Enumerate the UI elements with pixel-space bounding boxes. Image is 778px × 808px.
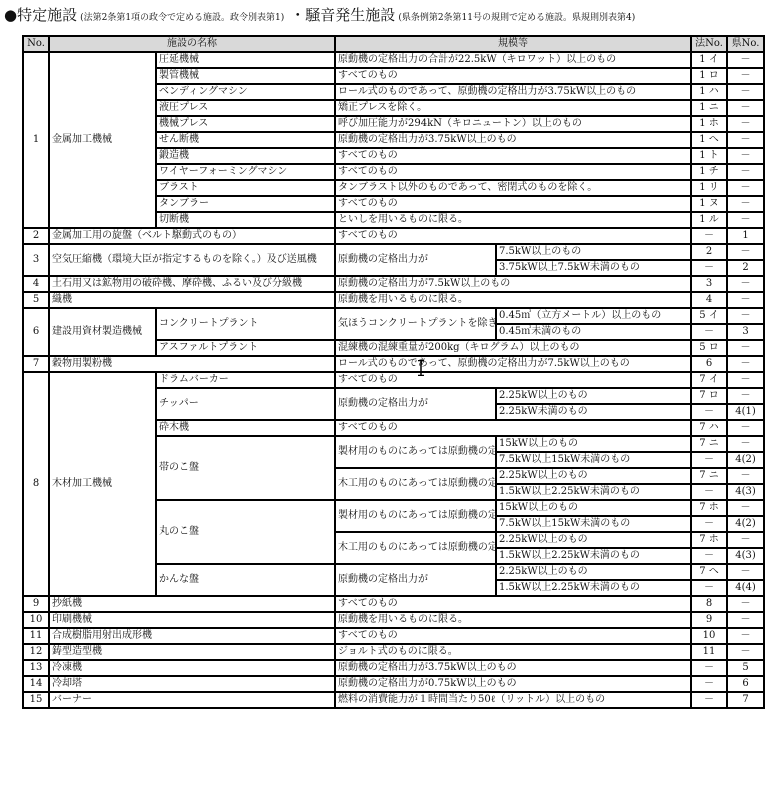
law-number: 1 へ	[691, 132, 727, 148]
facility-spec: 矯正プレスを除く。	[335, 100, 691, 116]
facility-name: 液圧プレス	[156, 100, 335, 116]
pref-number: －	[727, 84, 764, 100]
pref-number: 5	[727, 660, 764, 676]
law-number: －	[691, 324, 727, 340]
facility-sub-spec: 1.5kW以上2.25kW未満のもの	[496, 484, 691, 500]
pref-number: －	[727, 164, 764, 180]
row-number: 1	[23, 52, 49, 228]
facility-name: コンクリートプラント	[156, 308, 335, 340]
facility-spec: 原動機の定格出力が3.75kW以上のもの	[335, 660, 691, 676]
law-number: 1 ヌ	[691, 196, 727, 212]
facility-spec: といしを用いるものに限る。	[335, 212, 691, 228]
facility-spec: すべてのもの	[335, 596, 691, 612]
pref-number: 7	[727, 692, 764, 708]
facility-name: ブラスト	[156, 180, 335, 196]
page-title: ●特定施設 (法第2条第1項の政令で定める施設。政令別表第1) ・騒音発生施設 …	[4, 4, 641, 26]
row-number: 6	[23, 308, 49, 356]
law-number: 7 へ	[691, 564, 727, 580]
law-number: 1 ル	[691, 212, 727, 228]
facility-spec: 原動機の定格出力が3.75kW以上のもの	[335, 132, 691, 148]
pref-number: －	[727, 628, 764, 644]
facility-sub-spec: 15kW以上のもの	[496, 500, 691, 516]
header-pref-no: 県No.	[727, 36, 764, 52]
pref-number: －	[727, 388, 764, 404]
law-number: 8	[691, 596, 727, 612]
law-number: －	[691, 452, 727, 468]
law-number: 11	[691, 644, 727, 660]
facility-sub-spec: 0.45㎥未満のもの	[496, 324, 691, 340]
facility-sub-spec: 7.5kW以上のもの	[496, 244, 691, 260]
facility-category: 建設用資材製造機械	[49, 308, 156, 356]
law-number: 1 イ	[691, 52, 727, 68]
law-number: －	[691, 228, 727, 244]
facility-sub-spec: 1.5kW以上2.25kW未満のもの	[496, 580, 691, 596]
facility-sub-spec: 1.5kW以上2.25kW未満のもの	[496, 548, 691, 564]
pref-number: －	[727, 596, 764, 612]
facility-spec: すべてのもの	[335, 148, 691, 164]
header-no: No.	[23, 36, 49, 52]
table-row: 3空気圧縮機（環境大臣が指定するものを除く。）及び送風機原動機の定格出力が7.5…	[23, 244, 764, 260]
facility-name: 印刷機械	[49, 612, 335, 628]
table-row: 11合成樹脂用射出成形機すべてのもの10－	[23, 628, 764, 644]
facility-spec: すべてのもの	[335, 164, 691, 180]
law-number: －	[691, 548, 727, 564]
law-number: 3	[691, 276, 727, 292]
row-number: 12	[23, 644, 49, 660]
pref-number: －	[727, 148, 764, 164]
table-row: 9抄紙機すべてのもの8－	[23, 596, 764, 612]
law-number: 7 ニ	[691, 468, 727, 484]
table-row: 4土石用又は鉱物用の破砕機、摩砕機、ふるい及び分級機原動機の定格出力が7.5kW…	[23, 276, 764, 292]
row-number: 13	[23, 660, 49, 676]
law-number: 1 ト	[691, 148, 727, 164]
law-number: 1 ハ	[691, 84, 727, 100]
law-number: 5 イ	[691, 308, 727, 324]
facility-name: 合成樹脂用射出成形機	[49, 628, 335, 644]
pref-number: －	[727, 212, 764, 228]
row-number: 2	[23, 228, 49, 244]
pref-number: 4(1)	[727, 404, 764, 420]
pref-number: －	[727, 132, 764, 148]
pref-number: －	[727, 532, 764, 548]
pref-number: －	[727, 292, 764, 308]
law-number: －	[691, 404, 727, 420]
pref-number: －	[727, 244, 764, 260]
facility-spec: 製材用のものにあっては原動機の定格出力が	[335, 436, 496, 468]
facility-name: 帯のこ盤	[156, 436, 335, 500]
facility-name: 鋳型造型機	[49, 644, 335, 660]
law-number: 6	[691, 356, 727, 372]
facility-spec: ロール式のものであって、原動機の定格出力が7.5kW以上のもの	[335, 356, 691, 372]
facility-name: ドラムバーカー	[156, 372, 335, 388]
facility-name: 機械プレス	[156, 116, 335, 132]
facility-spec: 原動機の定格出力が0.75kW以上のもの	[335, 676, 691, 692]
facility-name: 抄紙機	[49, 596, 335, 612]
pref-number: －	[727, 372, 764, 388]
law-number: 7 イ	[691, 372, 727, 388]
text-cursor-icon	[418, 360, 424, 376]
header-law-no: 法No.	[691, 36, 727, 52]
facility-name: かんな盤	[156, 564, 335, 596]
facility-name: せん断機	[156, 132, 335, 148]
pref-number: －	[727, 644, 764, 660]
law-number: 1 リ	[691, 180, 727, 196]
facility-spec: 原動機を用いるものに限る。	[335, 292, 691, 308]
law-number: 7 ホ	[691, 532, 727, 548]
row-number: 5	[23, 292, 49, 308]
facility-spec: ジョルト式のものに限る。	[335, 644, 691, 660]
pref-number: －	[727, 116, 764, 132]
facility-sub-spec: 0.45㎥（立方メートル）以上のもの	[496, 308, 691, 324]
pref-number: －	[727, 340, 764, 356]
facility-sub-spec: 2.25kW未満のもの	[496, 404, 691, 420]
law-number: －	[691, 676, 727, 692]
pref-number: －	[727, 52, 764, 68]
pref-number: 2	[727, 260, 764, 276]
facility-spec: 原動機の定格出力が	[335, 564, 496, 596]
facility-spec: すべてのもの	[335, 196, 691, 212]
row-number: 7	[23, 356, 49, 372]
facility-spec: 原動機の定格出力が	[335, 388, 496, 420]
pref-number: 6	[727, 676, 764, 692]
facility-spec: すべてのもの	[335, 68, 691, 84]
table-row: 13冷凍機原動機の定格出力が3.75kW以上のもの－5	[23, 660, 764, 676]
law-number: 7 ハ	[691, 420, 727, 436]
facility-name: 圧延機械	[156, 52, 335, 68]
table-row: 15バーナー燃料の消費能力が１時間当たり50ℓ（リットル）以上のもの－7	[23, 692, 764, 708]
law-number: －	[691, 484, 727, 500]
facility-name: タンブラー	[156, 196, 335, 212]
row-number: 9	[23, 596, 49, 612]
facility-name: 金属加工用の旋盤（ベルト駆動式のもの）	[49, 228, 335, 244]
facility-spec: 原動機の定格出力が	[335, 244, 496, 276]
law-number: －	[691, 580, 727, 596]
facility-sub-spec: 2.25kW以上のもの	[496, 388, 691, 404]
facility-name: 土石用又は鉱物用の破砕機、摩砕機、ふるい及び分級機	[49, 276, 335, 292]
pref-number: －	[727, 196, 764, 212]
facility-category: 木材加工機械	[49, 372, 156, 596]
facility-name: 丸のこ盤	[156, 500, 335, 564]
facility-name: ベンディングマシン	[156, 84, 335, 100]
table-header-row: No. 施設の名称 規模等 法No. 県No.	[23, 36, 764, 52]
facility-spec: 製材用のものにあっては原動機の定格出力が	[335, 500, 496, 532]
law-number: 9	[691, 612, 727, 628]
facility-sub-spec: 2.25kW以上のもの	[496, 468, 691, 484]
table-row: 12鋳型造型機ジョルト式のものに限る。11－	[23, 644, 764, 660]
facility-spec: 原動機の定格出力が7.5kW以上のもの	[335, 276, 691, 292]
table-row: 2金属加工用の旋盤（ベルト駆動式のもの）すべてのもの－1	[23, 228, 764, 244]
pref-number: －	[727, 420, 764, 436]
facility-sub-spec: 2.25kW以上のもの	[496, 532, 691, 548]
pref-number: －	[727, 180, 764, 196]
facility-category: 金属加工機械	[49, 52, 156, 228]
pref-number: 3	[727, 324, 764, 340]
pref-number: －	[727, 356, 764, 372]
facility-sub-spec: 15kW以上のもの	[496, 436, 691, 452]
facility-spec: タンブラスト以外のものであって、密閉式のものを除く。	[335, 180, 691, 196]
row-number: 11	[23, 628, 49, 644]
title-specified-note: (法第2条第1項の政令で定める施設。政令別表第1)	[80, 10, 284, 23]
facility-spec: すべてのもの	[335, 228, 691, 244]
law-number: 5 ロ	[691, 340, 727, 356]
facility-sub-spec: 7.5kW以上15kW未満のもの	[496, 516, 691, 532]
law-number: 7 ロ	[691, 388, 727, 404]
pref-number: －	[727, 500, 764, 516]
facility-name: ワイヤーフォーミングマシン	[156, 164, 335, 180]
row-number: 8	[23, 372, 49, 596]
facility-spec: すべてのもの	[335, 420, 691, 436]
pref-number: 4(3)	[727, 484, 764, 500]
row-number: 4	[23, 276, 49, 292]
facility-table: No. 施設の名称 規模等 法No. 県No. 1金属加工機械圧延機械原動機の定…	[22, 35, 765, 709]
facility-spec: 原動機の定格出力の合計が22.5kW（キロワット）以上のもの	[335, 52, 691, 68]
pref-number: －	[727, 100, 764, 116]
header-name: 施設の名称	[49, 36, 335, 52]
law-number: 7 ホ	[691, 500, 727, 516]
law-number: 10	[691, 628, 727, 644]
law-number: －	[691, 260, 727, 276]
facility-spec: ロール式のものであって、原動機の定格出力が3.75kW以上のもの	[335, 84, 691, 100]
law-number: 4	[691, 292, 727, 308]
facility-name: 製管機械	[156, 68, 335, 84]
law-number: －	[691, 692, 727, 708]
facility-spec: 混練機の混練重量が200kg（キログラム）以上のもの	[335, 340, 691, 356]
facility-name: チッパー	[156, 388, 335, 420]
row-number: 3	[23, 244, 49, 276]
table-row: 5織機原動機を用いるものに限る。4－	[23, 292, 764, 308]
facility-spec: 原動機を用いるものに限る。	[335, 612, 691, 628]
facility-name: アスファルトプラント	[156, 340, 335, 356]
pref-number: －	[727, 68, 764, 84]
facility-name: 切断機	[156, 212, 335, 228]
row-number: 14	[23, 676, 49, 692]
pref-number: 4(4)	[727, 580, 764, 596]
table-row: 8木材加工機械ドラムバーカーすべてのもの7 イ－	[23, 372, 764, 388]
table-row: 1金属加工機械圧延機械原動機の定格出力の合計が22.5kW（キロワット）以上のも…	[23, 52, 764, 68]
facility-spec: 木工用のものにあっては原動機の定格出力が	[335, 532, 496, 564]
law-number: 2	[691, 244, 727, 260]
title-noise-note: (県条例第2条第11号の規則で定める施設。県規則別表第4)	[398, 10, 635, 23]
facility-name: 穀物用製粉機	[49, 356, 335, 372]
law-number: 1 チ	[691, 164, 727, 180]
table-row: 10印刷機械原動機を用いるものに限る。9－	[23, 612, 764, 628]
table-row: 6建設用資材製造機械コンクリートプラント気ほうコンクリートプラントを除き、混練機…	[23, 308, 764, 324]
table-row: 7穀物用製粉機ロール式のものであって、原動機の定格出力が7.5kW以上のもの6－	[23, 356, 764, 372]
law-number: －	[691, 660, 727, 676]
pref-number: 1	[727, 228, 764, 244]
facility-spec: 燃料の消費能力が１時間当たり50ℓ（リットル）以上のもの	[335, 692, 691, 708]
row-number: 10	[23, 612, 49, 628]
pref-number: 4(2)	[727, 452, 764, 468]
facility-sub-spec: 3.75kW以上7.5kW未満のもの	[496, 260, 691, 276]
pref-number: －	[727, 468, 764, 484]
facility-spec: すべてのもの	[335, 628, 691, 644]
facility-spec: 気ほうコンクリートプラントを除き、混練機の混練容量が	[335, 308, 496, 340]
facility-name: 空気圧縮機（環境大臣が指定するものを除く。）及び送風機	[49, 244, 335, 276]
pref-number: 4(3)	[727, 548, 764, 564]
facility-sub-spec: 2.25kW以上のもの	[496, 564, 691, 580]
table-row: 14冷却塔原動機の定格出力が0.75kW以上のもの－6	[23, 676, 764, 692]
facility-spec: 呼び加圧能力が294kN（キロニュートン）以上のもの	[335, 116, 691, 132]
facility-spec: すべてのもの	[335, 372, 691, 388]
pref-number: －	[727, 612, 764, 628]
law-number: 1 ロ	[691, 68, 727, 84]
law-number: 1 ホ	[691, 116, 727, 132]
law-number: 7 ニ	[691, 436, 727, 452]
pref-number: －	[727, 564, 764, 580]
title-noise-facilities: ・騒音発生施設	[290, 4, 395, 25]
facility-name: バーナー	[49, 692, 335, 708]
facility-spec: 木工用のものにあっては原動機の定格出力が	[335, 468, 496, 500]
law-number: －	[691, 516, 727, 532]
facility-name: 冷却塔	[49, 676, 335, 692]
pref-number: －	[727, 276, 764, 292]
facility-name: 鍛造機	[156, 148, 335, 164]
facility-sub-spec: 7.5kW以上15kW未満のもの	[496, 452, 691, 468]
pref-number: －	[727, 308, 764, 324]
header-spec: 規模等	[335, 36, 691, 52]
row-number: 15	[23, 692, 49, 708]
pref-number: 4(2)	[727, 516, 764, 532]
title-specified-facilities: ●特定施設	[4, 4, 77, 25]
pref-number: －	[727, 436, 764, 452]
facility-name: 織機	[49, 292, 335, 308]
facility-name: 冷凍機	[49, 660, 335, 676]
law-number: 1 ニ	[691, 100, 727, 116]
facility-name: 砕木機	[156, 420, 335, 436]
